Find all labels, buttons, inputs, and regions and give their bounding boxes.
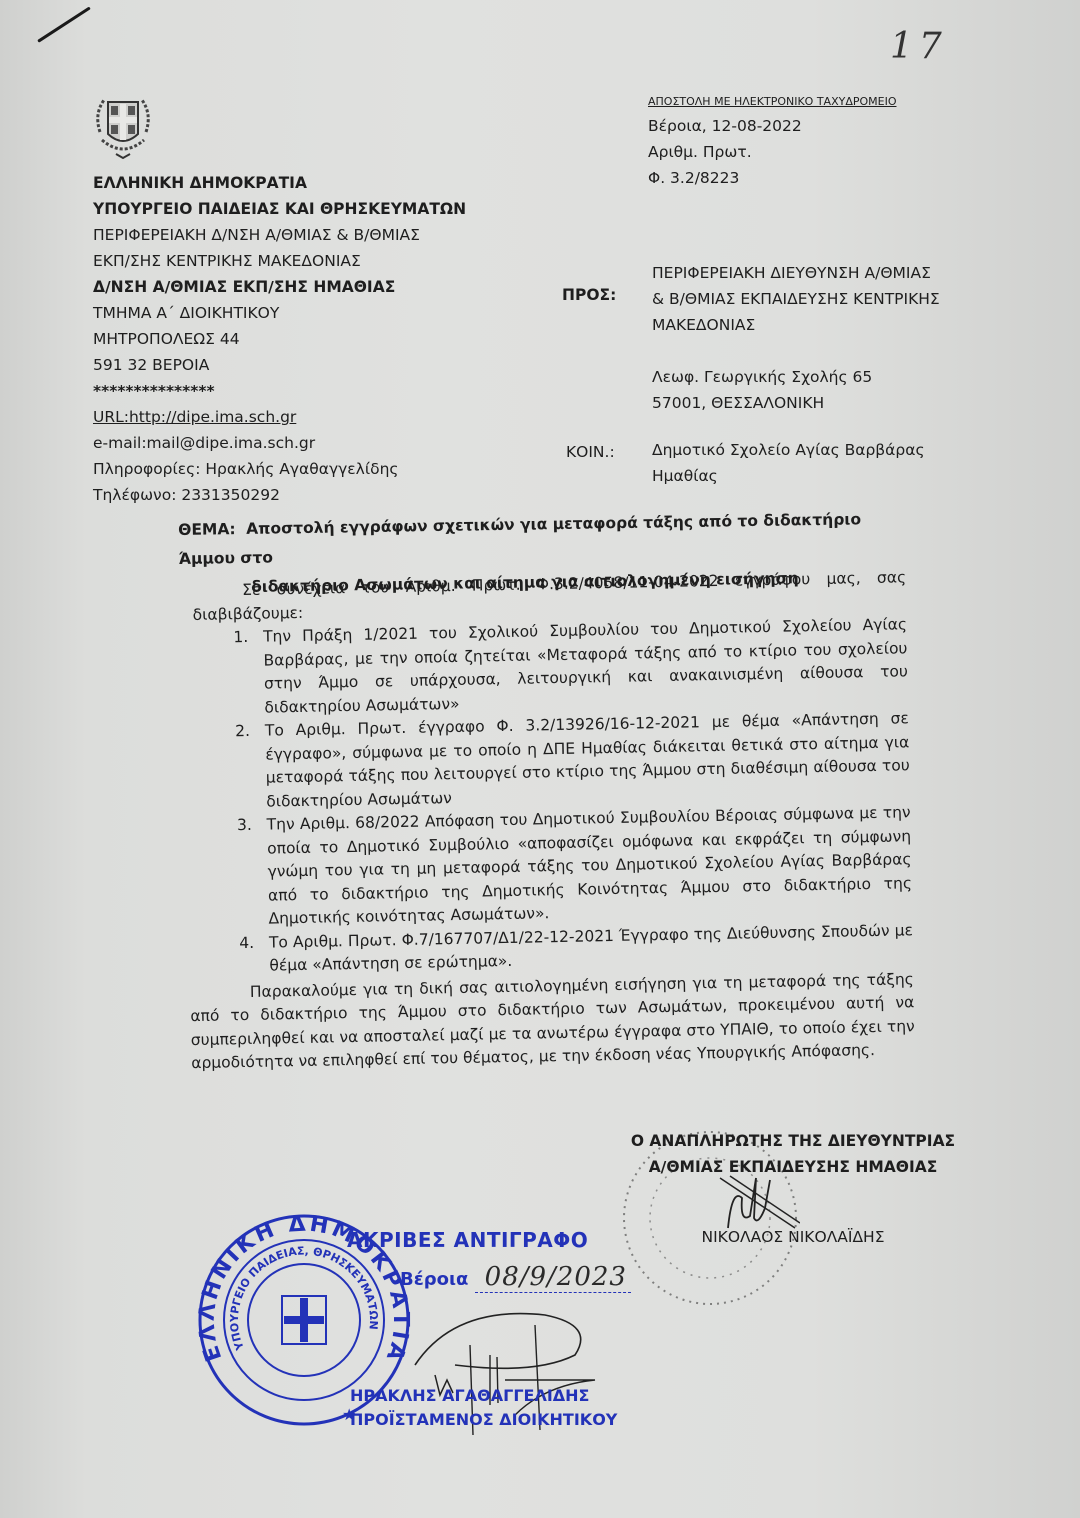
enclosure-item: Την Αριθμ. 68/2022 Απόφαση του Δημοτικού… <box>257 801 913 931</box>
sender-phone: Τηλέφωνο: 2331350292 <box>93 482 466 508</box>
place-date: Βέροια, 12-08-2022 <box>648 113 896 139</box>
sender-line: ΜΗΤΡΟΠΟΛΕΩΣ 44 <box>93 326 466 352</box>
request-paragraph: Παρακαλούμε για τη δική σας αιτιολογημέν… <box>190 968 916 1076</box>
sender-email: e-mail:mail@dipe.ima.sch.gr <box>93 430 466 456</box>
cc-label: ΚΟΙΝ.: <box>566 443 615 461</box>
certified-copy-title: ΑΚΡΙΒΕΣ ΑΝΤΙΓΡΑΦΟ <box>347 1228 588 1252</box>
to-label: ΠΡΟΣ: <box>562 286 616 304</box>
sender-url-link[interactable]: URL:http://dipe.ima.sch.gr <box>93 404 466 430</box>
delivery-method: ΑΠΟΣΤΟΛΗ ΜΕ ΗΛΕΚΤΡΟΝΙΚΟ ΤΑΧΥΔΡΟΜΕΙΟ <box>648 93 896 111</box>
recipient-block: ΠΕΡΙΦΕΡΕΙΑΚΗ ΔΙΕΥΘΥΝΣΗ Α/ΘΜΙΑΣ & Β/ΘΜΙΑΣ… <box>652 260 940 416</box>
recipient-city: 57001, ΘΕΣΣΑΛΟΝΙΚΗ <box>652 390 940 416</box>
handwritten-page-number: 17 <box>890 26 948 67</box>
sender-line: ΕΛΛΗΝΙΚΗ ΔΗΜΟΚΡΑΤΙΑ <box>93 170 466 196</box>
cc-line: Ημαθίας <box>652 463 925 489</box>
subject-label: ΘΕΜΑ: <box>178 515 246 545</box>
subject-text-line1: Αποστολή εγγράφων σχετικών για μεταφορά … <box>179 510 862 568</box>
recipient-line <box>652 338 940 364</box>
certified-copy-signer-name: ΗΡΑΚΛΗΣ ΑΓΑΘΑΓΓΕΛΙΔΗΣ <box>350 1384 617 1408</box>
document-meta: ΑΠΟΣΤΟΛΗ ΜΕ ΗΛΕΚΤΡΟΝΙΚΟ ΤΑΧΥΔΡΟΜΕΙΟ Βέρο… <box>648 93 896 191</box>
sender-block: ΕΛΛΗΝΙΚΗ ΔΗΜΟΚΡΑΤΙΑ ΥΠΟΥΡΓΕΙΟ ΠΑΙΔΕΙΑΣ Κ… <box>93 170 466 508</box>
protocol-label: Αριθμ. Πρωτ. <box>648 139 896 165</box>
coat-of-arms-icon <box>90 92 156 164</box>
protocol-number: Φ. 3.2/8223 <box>648 165 896 191</box>
letter-body: Σε συνέχεια του Αριθμ. Πρωτ. Φ.3.2/4058/… <box>192 566 915 1075</box>
signatory-title: Ο ΑΝΑΠΛΗΡΩΤΗΣ ΤΗΣ ΔΙΕΥΘΥΝΤΡΙΑΣ <box>628 1128 958 1154</box>
certified-copy-signer-title: ΠΡΟΪΣΤΑΜΕΝΟΣ ΔΙΟΙΚΗΤΙΚΟΥ <box>350 1408 617 1432</box>
sender-separator: *************** <box>93 378 466 404</box>
sender-line: ΕΚΠ/ΣΗΣ ΚΕΝΤΡΙΚΗΣ ΜΑΚΕΔΟΝΙΑΣ <box>93 248 466 274</box>
recipient-line: ΠΕΡΙΦΕΡΕΙΑΚΗ ΔΙΕΥΘΥΝΣΗ Α/ΘΜΙΑΣ <box>652 260 940 286</box>
recipient-address: Λεωφ. Γεωργικής Σχολής 65 <box>652 364 940 390</box>
signature <box>710 1168 800 1238</box>
sender-line: Δ/ΝΣΗ Α/ΘΜΙΑΣ ΕΚΠ/ΣΗΣ ΗΜΑΘΙΑΣ <box>93 274 466 300</box>
cc-line: Δημοτικό Σχολείο Αγίας Βαρβάρας <box>652 437 925 463</box>
certified-copy-signer: ΗΡΑΚΛΗΣ ΑΓΑΘΑΓΓΕΛΙΔΗΣ ΠΡΟΪΣΤΑΜΕΝΟΣ ΔΙΟΙΚ… <box>350 1384 617 1432</box>
recipient-line: & Β/ΘΜΙΑΣ ΕΚΠΑΙΔΕΥΣΗΣ ΚΕΝΤΡΙΚΗΣ <box>652 286 940 312</box>
sender-contact-person: Πληροφορίες: Ηρακλής Αγαθαγγελίδης <box>93 456 466 482</box>
recipient-line: ΜΑΚΕΔΟΝΙΑΣ <box>652 312 940 338</box>
cc-block: Δημοτικό Σχολείο Αγίας Βαρβάρας Ημαθίας <box>652 437 925 489</box>
enclosure-item: Το Αριθμ. Πρωτ. έγγραφο Φ. 3.2/13926/16-… <box>255 707 911 814</box>
enclosures-list: Την Πράξη 1/2021 του Σχολικού Συμβουλίου… <box>193 613 914 979</box>
sender-line: ΠΕΡΙΦΕΡΕΙΑΚΗ Δ/ΝΣΗ Α/ΘΜΙΑΣ & Β/ΘΜΙΑΣ <box>93 222 466 248</box>
sender-line: 591 32 ΒΕΡΟΙΑ <box>93 352 466 378</box>
sender-line: ΤΜΗΜΑ Α΄ ΔΙΟΙΚΗΤΙΚΟΥ <box>93 300 466 326</box>
sender-line: ΥΠΟΥΡΓΕΙΟ ΠΑΙΔΕΙΑΣ ΚΑΙ ΘΡΗΣΚΕΥΜΑΤΩΝ <box>93 196 466 222</box>
enclosure-item: Την Πράξη 1/2021 του Σχολικού Συμβουλίου… <box>253 613 909 720</box>
